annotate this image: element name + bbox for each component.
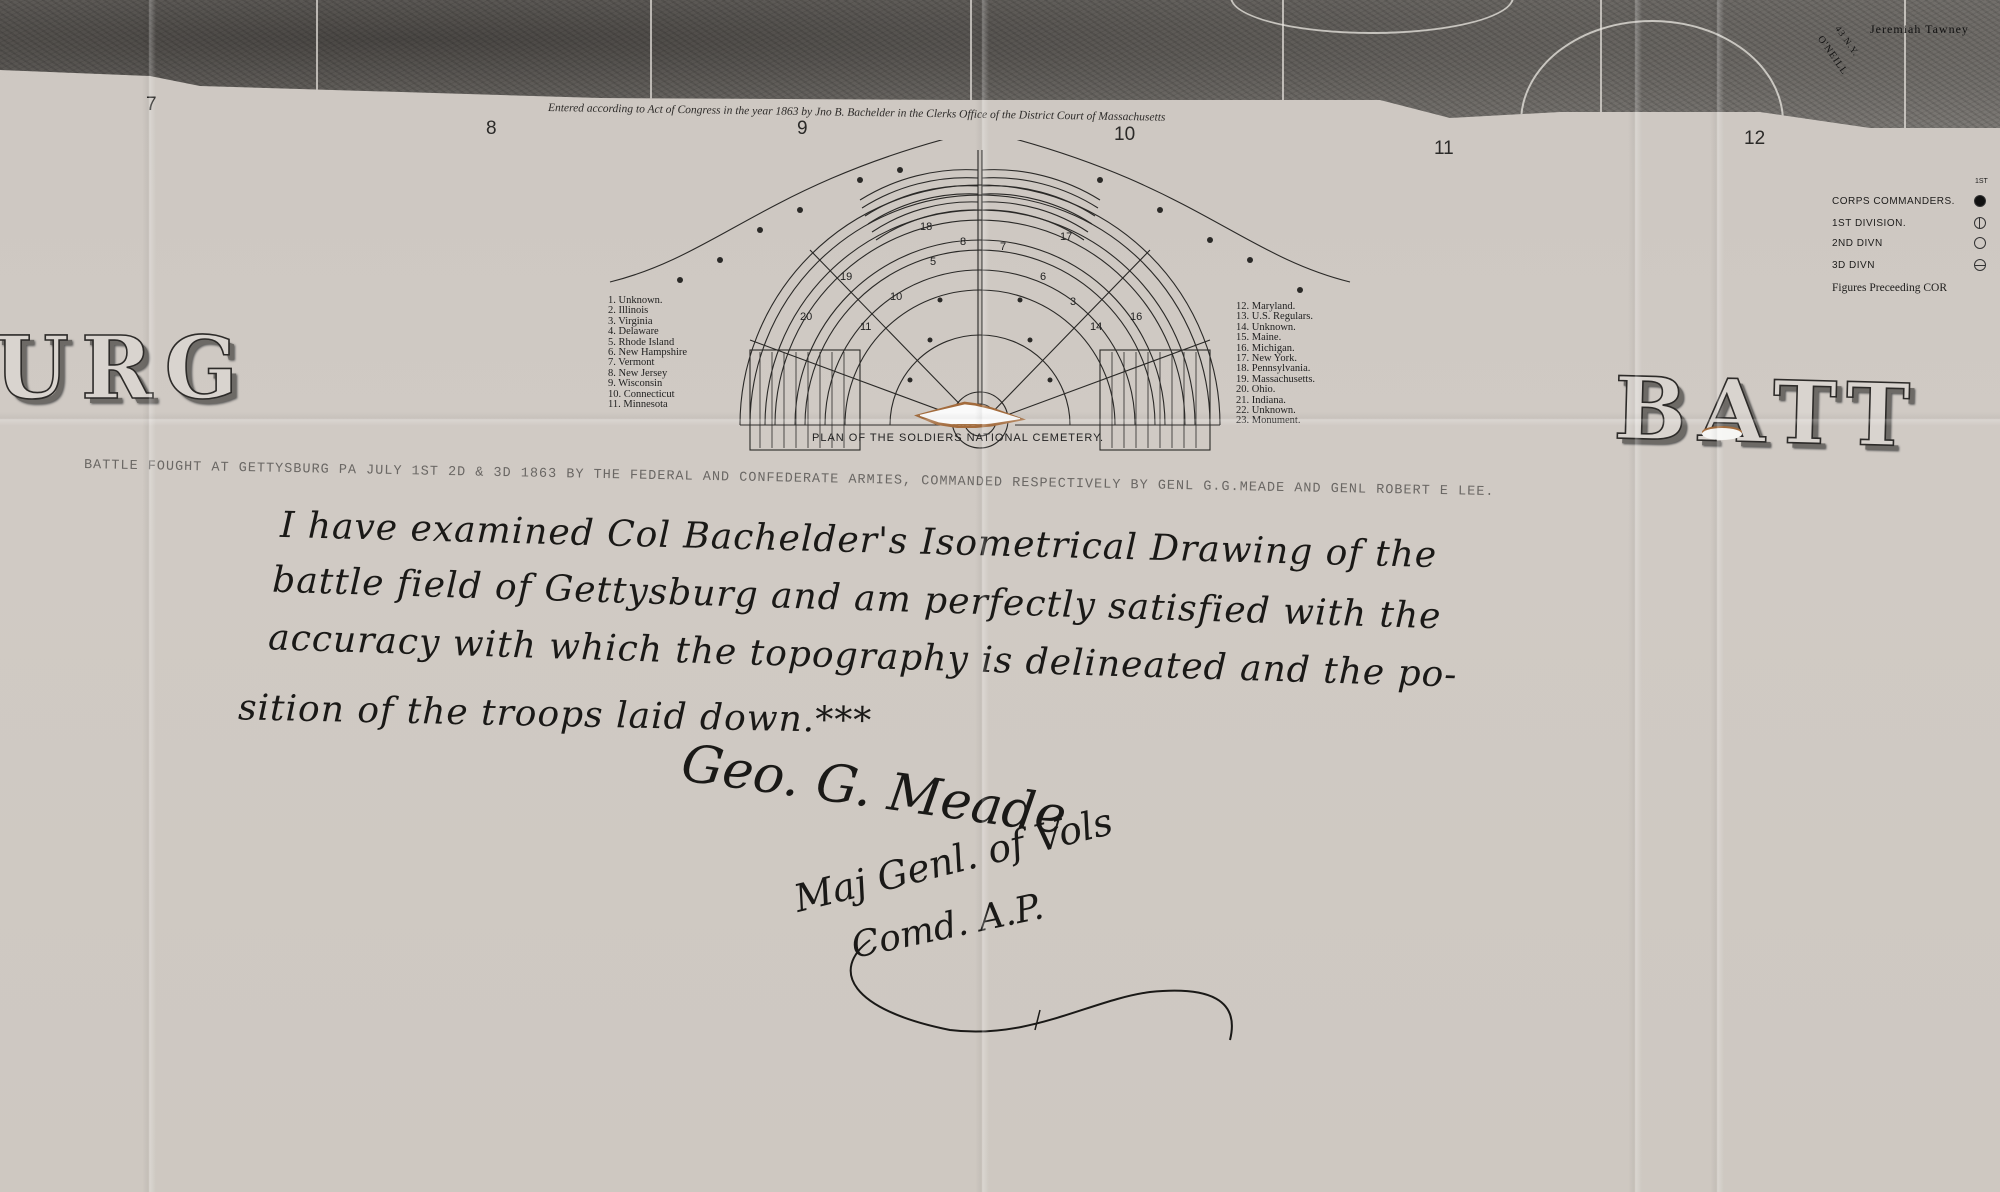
svg-text:20: 20 (800, 311, 812, 323)
legend-row-1st-division: 1ST DIVISION. (1832, 218, 1906, 229)
legend-header: 1ST (1975, 178, 1988, 185)
fold-line (1628, 0, 1642, 1192)
grid-number: 11 (1434, 138, 1454, 160)
cemetery-list-right: 12. Maryland. 13. U.S. Regulars. 14. Unk… (1236, 302, 1315, 427)
grid-number: 8 (486, 118, 497, 140)
svg-text:14: 14 (1090, 321, 1102, 333)
circle-vertical-bar-icon (1974, 217, 1986, 229)
fold-line (0, 412, 2000, 426)
legend-row-corps-commanders: CORPS COMMANDERS. (1832, 196, 1955, 207)
cemetery-plan-title: PLAN OF THE SOLDIERS NATIONAL CEMETERY. (812, 432, 1104, 444)
svg-text:8: 8 (960, 236, 966, 248)
fold-line (975, 0, 989, 1192)
empty-circle-icon (1974, 237, 1986, 249)
grid-number: 12 (1744, 128, 1765, 150)
svg-text:16: 16 (1130, 311, 1142, 323)
title-fragment-left: URG (0, 318, 250, 419)
svg-text:5: 5 (930, 256, 936, 268)
svg-text:10: 10 (890, 291, 902, 303)
legend-row-3rd-division: 3D DIVN (1832, 260, 1875, 271)
fold-line (142, 0, 156, 1192)
svg-text:18: 18 (920, 221, 932, 233)
legend-row-2nd-division: 2ND DIVN (1832, 238, 1883, 249)
svg-text:7: 7 (1000, 241, 1006, 253)
signature-flourish (830, 930, 1250, 1050)
legend-note: Figures Preceeding COR (1832, 282, 1947, 294)
svg-text:6: 6 (1040, 271, 1046, 283)
filled-circle-icon (1974, 195, 1986, 207)
svg-text:11: 11 (860, 321, 871, 333)
grid-number: 9 (797, 118, 808, 140)
cemetery-list-left: 1. Unknown. 2. Illinois 3. Virginia 4. D… (608, 296, 687, 410)
svg-text:3: 3 (1070, 296, 1076, 308)
svg-text:17: 17 (1060, 231, 1072, 243)
fold-line (1710, 0, 1724, 1192)
map-label-jeremiah-tawney: Jeremiah Tawney (1870, 22, 1969, 37)
svg-text:19: 19 (840, 271, 852, 283)
circle-horizontal-bar-icon (1974, 259, 1986, 271)
